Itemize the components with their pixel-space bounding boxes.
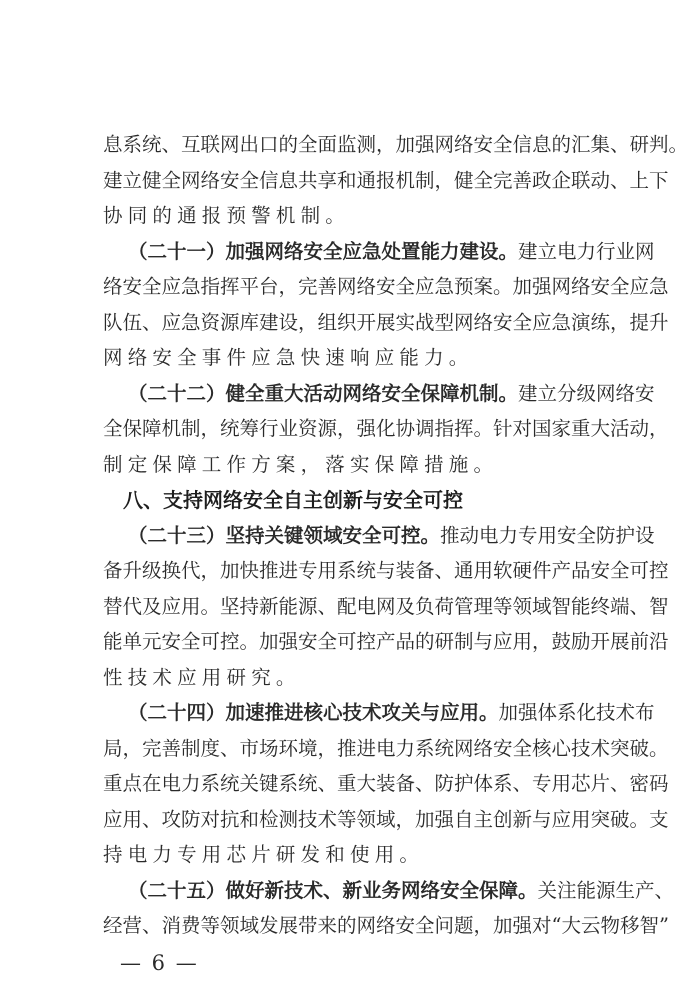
- paragraph-first-line: （二十五）做好新技术、新业务网络安全保障。关注能源生产、: [128, 873, 605, 909]
- page-number: — 6 —: [120, 948, 199, 978]
- paragraph-line: 队伍、应急资源库建设，组织开展实战型网络安全应急演练，提升: [103, 305, 605, 341]
- paragraph-line: 备升级换代，加快推进专用系统与装备、通用软硬件产品安全可控: [103, 553, 605, 589]
- paragraph-line: 息系统、互联网出口的全面监测，加强网络安全信息的汇集、研判。: [103, 127, 605, 163]
- paragraph-first-line: （二十三）坚持关键领域安全可控。推动电力专用安全防护设: [128, 518, 605, 554]
- paragraph-line: 全保障机制，统筹行业资源，强化协调指挥。针对国家重大活动，: [103, 411, 605, 447]
- paragraph-line: 络安全应急指挥平台，完善网络安全应急预案。加强网络安全应急: [103, 269, 605, 305]
- paragraph-line: 经营、消费等领域发展带来的网络安全问题，加强对“大云物移智”: [103, 908, 605, 944]
- paragraph-text: 建立分级网络安: [518, 382, 655, 405]
- paragraph-line: 应用、攻防对抗和检测技术等领域，加强自主创新与应用突破。支: [103, 802, 605, 838]
- paragraph-line: 重点在电力系统关键系统、重大装备、防护体系、专用芯片、密码: [103, 766, 605, 802]
- item-heading-21: （二十一）加强网络安全应急处置能力建设。: [128, 240, 518, 263]
- paragraph-text: 关注能源生产、: [538, 879, 675, 902]
- paragraph-line: 协同的通报预警机制。: [103, 198, 605, 234]
- paragraph-line: 性技术应用研究。: [103, 660, 605, 696]
- item-heading-24: （二十四）加速推进核心技术攻关与应用。: [128, 701, 499, 724]
- document-page: 息系统、互联网出口的全面监测，加强网络安全信息的汇集、研判。 建立健全网络安全信…: [0, 0, 700, 990]
- paragraph-line: 替代及应用。坚持新能源、配电网及负荷管理等领域智能终端、智: [103, 589, 605, 625]
- paragraph-first-line: （二十二）健全重大活动网络安全保障机制。建立分级网络安: [128, 376, 605, 412]
- paragraph-line: 持电力专用芯片研发和使用。: [103, 837, 605, 873]
- paragraph-first-line: （二十四）加速推进核心技术攻关与应用。加强体系化技术布: [128, 695, 605, 731]
- section-heading: 八、支持网络安全自主创新与安全可控: [123, 482, 463, 518]
- paragraph-line: 网络安全事件应急快速响应能力。: [103, 340, 605, 376]
- paragraph-text: 加强体系化技术布: [499, 701, 655, 724]
- item-heading-25: （二十五）做好新技术、新业务网络安全保障。: [128, 879, 538, 902]
- paragraph-line: 制定保障工作方案，落实保障措施。: [103, 447, 605, 483]
- paragraph-text: 建立电力行业网: [518, 240, 655, 263]
- paragraph-line: 局，完善制度、市场环境，推进电力系统网络安全核心技术突破。: [103, 731, 605, 767]
- item-heading-23: （二十三）坚持关键领域安全可控。: [128, 524, 440, 547]
- item-heading-22: （二十二）健全重大活动网络安全保障机制。: [128, 382, 518, 405]
- paragraph-line: 能单元安全可控。加强安全可控产品的研制与应用，鼓励开展前沿: [103, 624, 605, 660]
- paragraph-first-line: （二十一）加强网络安全应急处置能力建设。建立电力行业网: [128, 234, 605, 270]
- paragraph-text: 推动电力专用安全防护设: [440, 524, 655, 547]
- paragraph-line: 建立健全网络安全信息共享和通报机制，健全完善政企联动、上下: [103, 163, 605, 199]
